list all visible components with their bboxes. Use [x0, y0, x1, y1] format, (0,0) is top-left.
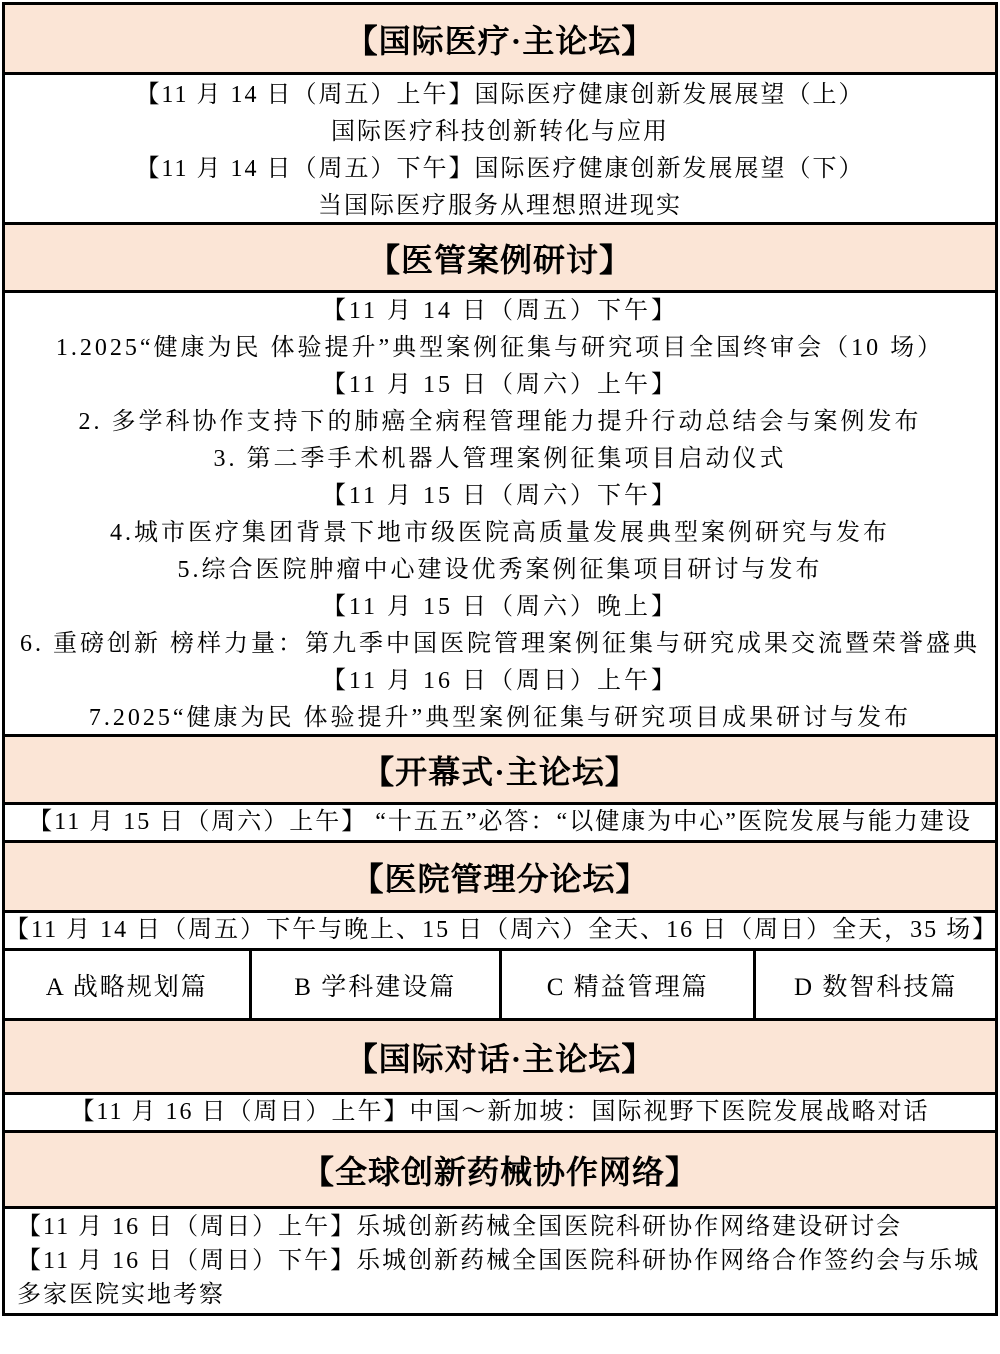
section-header-title: 【医院管理分论坛】	[351, 854, 648, 900]
body-opening-ceremony-forum: 【11 月 15 日（周六）上午】 “十五五”必答：“以健康为中心”医院发展与能…	[5, 805, 995, 843]
schedule-line: 【11 月 16 日（周日）上午】	[5, 663, 995, 700]
header-hospital-management-subforum: 【医院管理分论坛】	[5, 843, 995, 913]
section-header-title: 【全球创新药械协作网络】	[302, 1147, 698, 1193]
track-cell-d-digital-tech: D 数智科技篇	[756, 951, 995, 1018]
body-case-seminar: 【11 月 14 日（周五）下午】 1.2025“健康为民 体验提升”典型案例征…	[5, 293, 995, 737]
header-international-dialogue-forum: 【国际对话·主论坛】	[5, 1021, 995, 1095]
body-international-medical-forum: 【11 月 14 日（周五）上午】国际医疗健康创新发展展望（上） 国际医疗科技创…	[5, 75, 995, 225]
schedule-line: 7.2025“健康为民 体验提升”典型案例征集与研究项目成果研讨与发布	[5, 700, 995, 737]
schedule-line: 【11 月 14 日（周五）上午】国际医疗健康创新发展展望（上）	[5, 77, 995, 114]
subforum-track-row: A 战略规划篇 B 学科建设篇 C 精益管理篇 D 数智科技篇	[5, 951, 995, 1021]
track-cell-a-strategy: A 战略规划篇	[5, 951, 252, 1018]
schedule-line: 【11 月 15 日（周六）上午】	[5, 367, 995, 404]
schedule-line: 【11 月 14 日（周五）下午与晚上、15 日（周六）全天、16 日（周日）全…	[5, 912, 995, 949]
schedule-line: 3. 第二季手术机器人管理案例征集项目启动仪式	[5, 441, 995, 478]
schedule-line: 国际医疗科技创新转化与应用	[5, 114, 995, 151]
schedule-line: 【11 月 15 日（周六）上午】 “十五五”必答：“以健康为中心”医院发展与能…	[28, 804, 972, 841]
schedule-line: 当国际医疗服务从理想照进现实	[5, 188, 995, 225]
schedule-line: 【11 月 15 日（周六）晚上】	[5, 589, 995, 626]
section-header-title: 【开幕式·主论坛】	[362, 747, 638, 793]
schedule-line: 【11 月 14 日（周五）下午】国际医疗健康创新发展展望（下）	[5, 151, 995, 188]
conference-schedule-table: 【国际医疗·主论坛】 【11 月 14 日（周五）上午】国际医疗健康创新发展展望…	[2, 2, 998, 1316]
schedule-line: 6. 重磅创新 榜样力量：第九季中国医院管理案例征集与研究成果交流暨荣誉盛典	[5, 626, 995, 663]
schedule-line: 【11 月 16 日（周日）上午】乐城创新药械全国医院科研协作网络建设研讨会	[17, 1210, 983, 1244]
schedule-line: 1.2025“健康为民 体验提升”典型案例征集与研究项目全国终审会（10 场）	[5, 330, 995, 367]
track-cell-b-discipline: B 学科建设篇	[252, 951, 502, 1018]
schedule-line: 5.综合医院肿瘤中心建设优秀案例征集项目研讨与发布	[5, 552, 995, 589]
body-international-dialogue-forum: 【11 月 16 日（周日）上午】中国～新加坡：国际视野下医院发展战略对话	[5, 1095, 995, 1133]
section-header-title: 【医管案例研讨】	[368, 235, 632, 281]
body-hospital-management-subforum: 【11 月 14 日（周五）下午与晚上、15 日（周六）全天、16 日（周日）全…	[5, 913, 995, 951]
header-global-pharma-device-network: 【全球创新药械协作网络】	[5, 1133, 995, 1209]
schedule-line: 【11 月 16 日（周日）上午】中国～新加坡：国际视野下医院发展战略对话	[70, 1094, 929, 1131]
header-international-medical-forum: 【国际医疗·主论坛】	[5, 5, 995, 75]
schedule-line: 【11 月 15 日（周六）下午】	[5, 478, 995, 515]
schedule-line: 4.城市医疗集团背景下地市级医院高质量发展典型案例研究与发布	[5, 515, 995, 552]
section-header-title: 【国际医疗·主论坛】	[346, 16, 655, 62]
header-case-seminar: 【医管案例研讨】	[5, 225, 995, 293]
section-header-title: 【国际对话·主论坛】	[346, 1034, 655, 1080]
schedule-line: 【11 月 16 日（周日）下午】乐城创新药械全国医院科研协作网络合作签约会与乐…	[17, 1244, 983, 1312]
track-cell-c-lean-management: C 精益管理篇	[502, 951, 756, 1018]
header-opening-ceremony-forum: 【开幕式·主论坛】	[5, 737, 995, 805]
body-global-pharma-device-network: 【11 月 16 日（周日）上午】乐城创新药械全国医院科研协作网络建设研讨会 【…	[5, 1209, 995, 1313]
schedule-line: 【11 月 14 日（周五）下午】	[5, 293, 995, 330]
schedule-line: 2. 多学科协作支持下的肺癌全病程管理能力提升行动总结会与案例发布	[5, 404, 995, 441]
